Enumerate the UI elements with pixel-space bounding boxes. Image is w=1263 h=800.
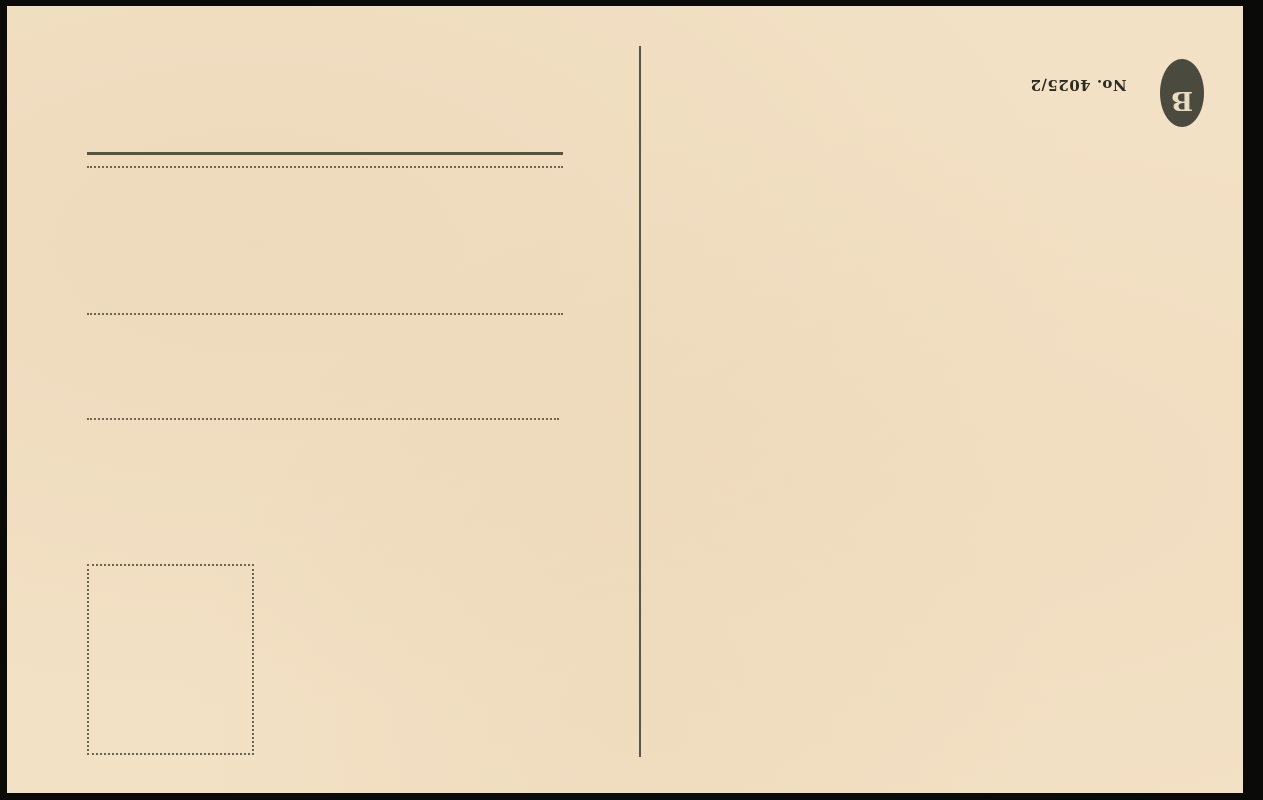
- postcard-back: No. 4025/2 B: [7, 6, 1243, 793]
- publisher-number: No. 4025/2: [1030, 76, 1127, 94]
- dotted-line-1: [87, 166, 563, 168]
- stamp-box: [87, 564, 254, 755]
- center-divider: [639, 46, 641, 757]
- logo-letter: B: [1171, 85, 1193, 115]
- publisher-monogram-icon: B: [1160, 59, 1204, 127]
- solid-rule: [87, 152, 563, 155]
- dotted-line-2: [87, 313, 563, 315]
- dotted-line-3: [87, 418, 559, 420]
